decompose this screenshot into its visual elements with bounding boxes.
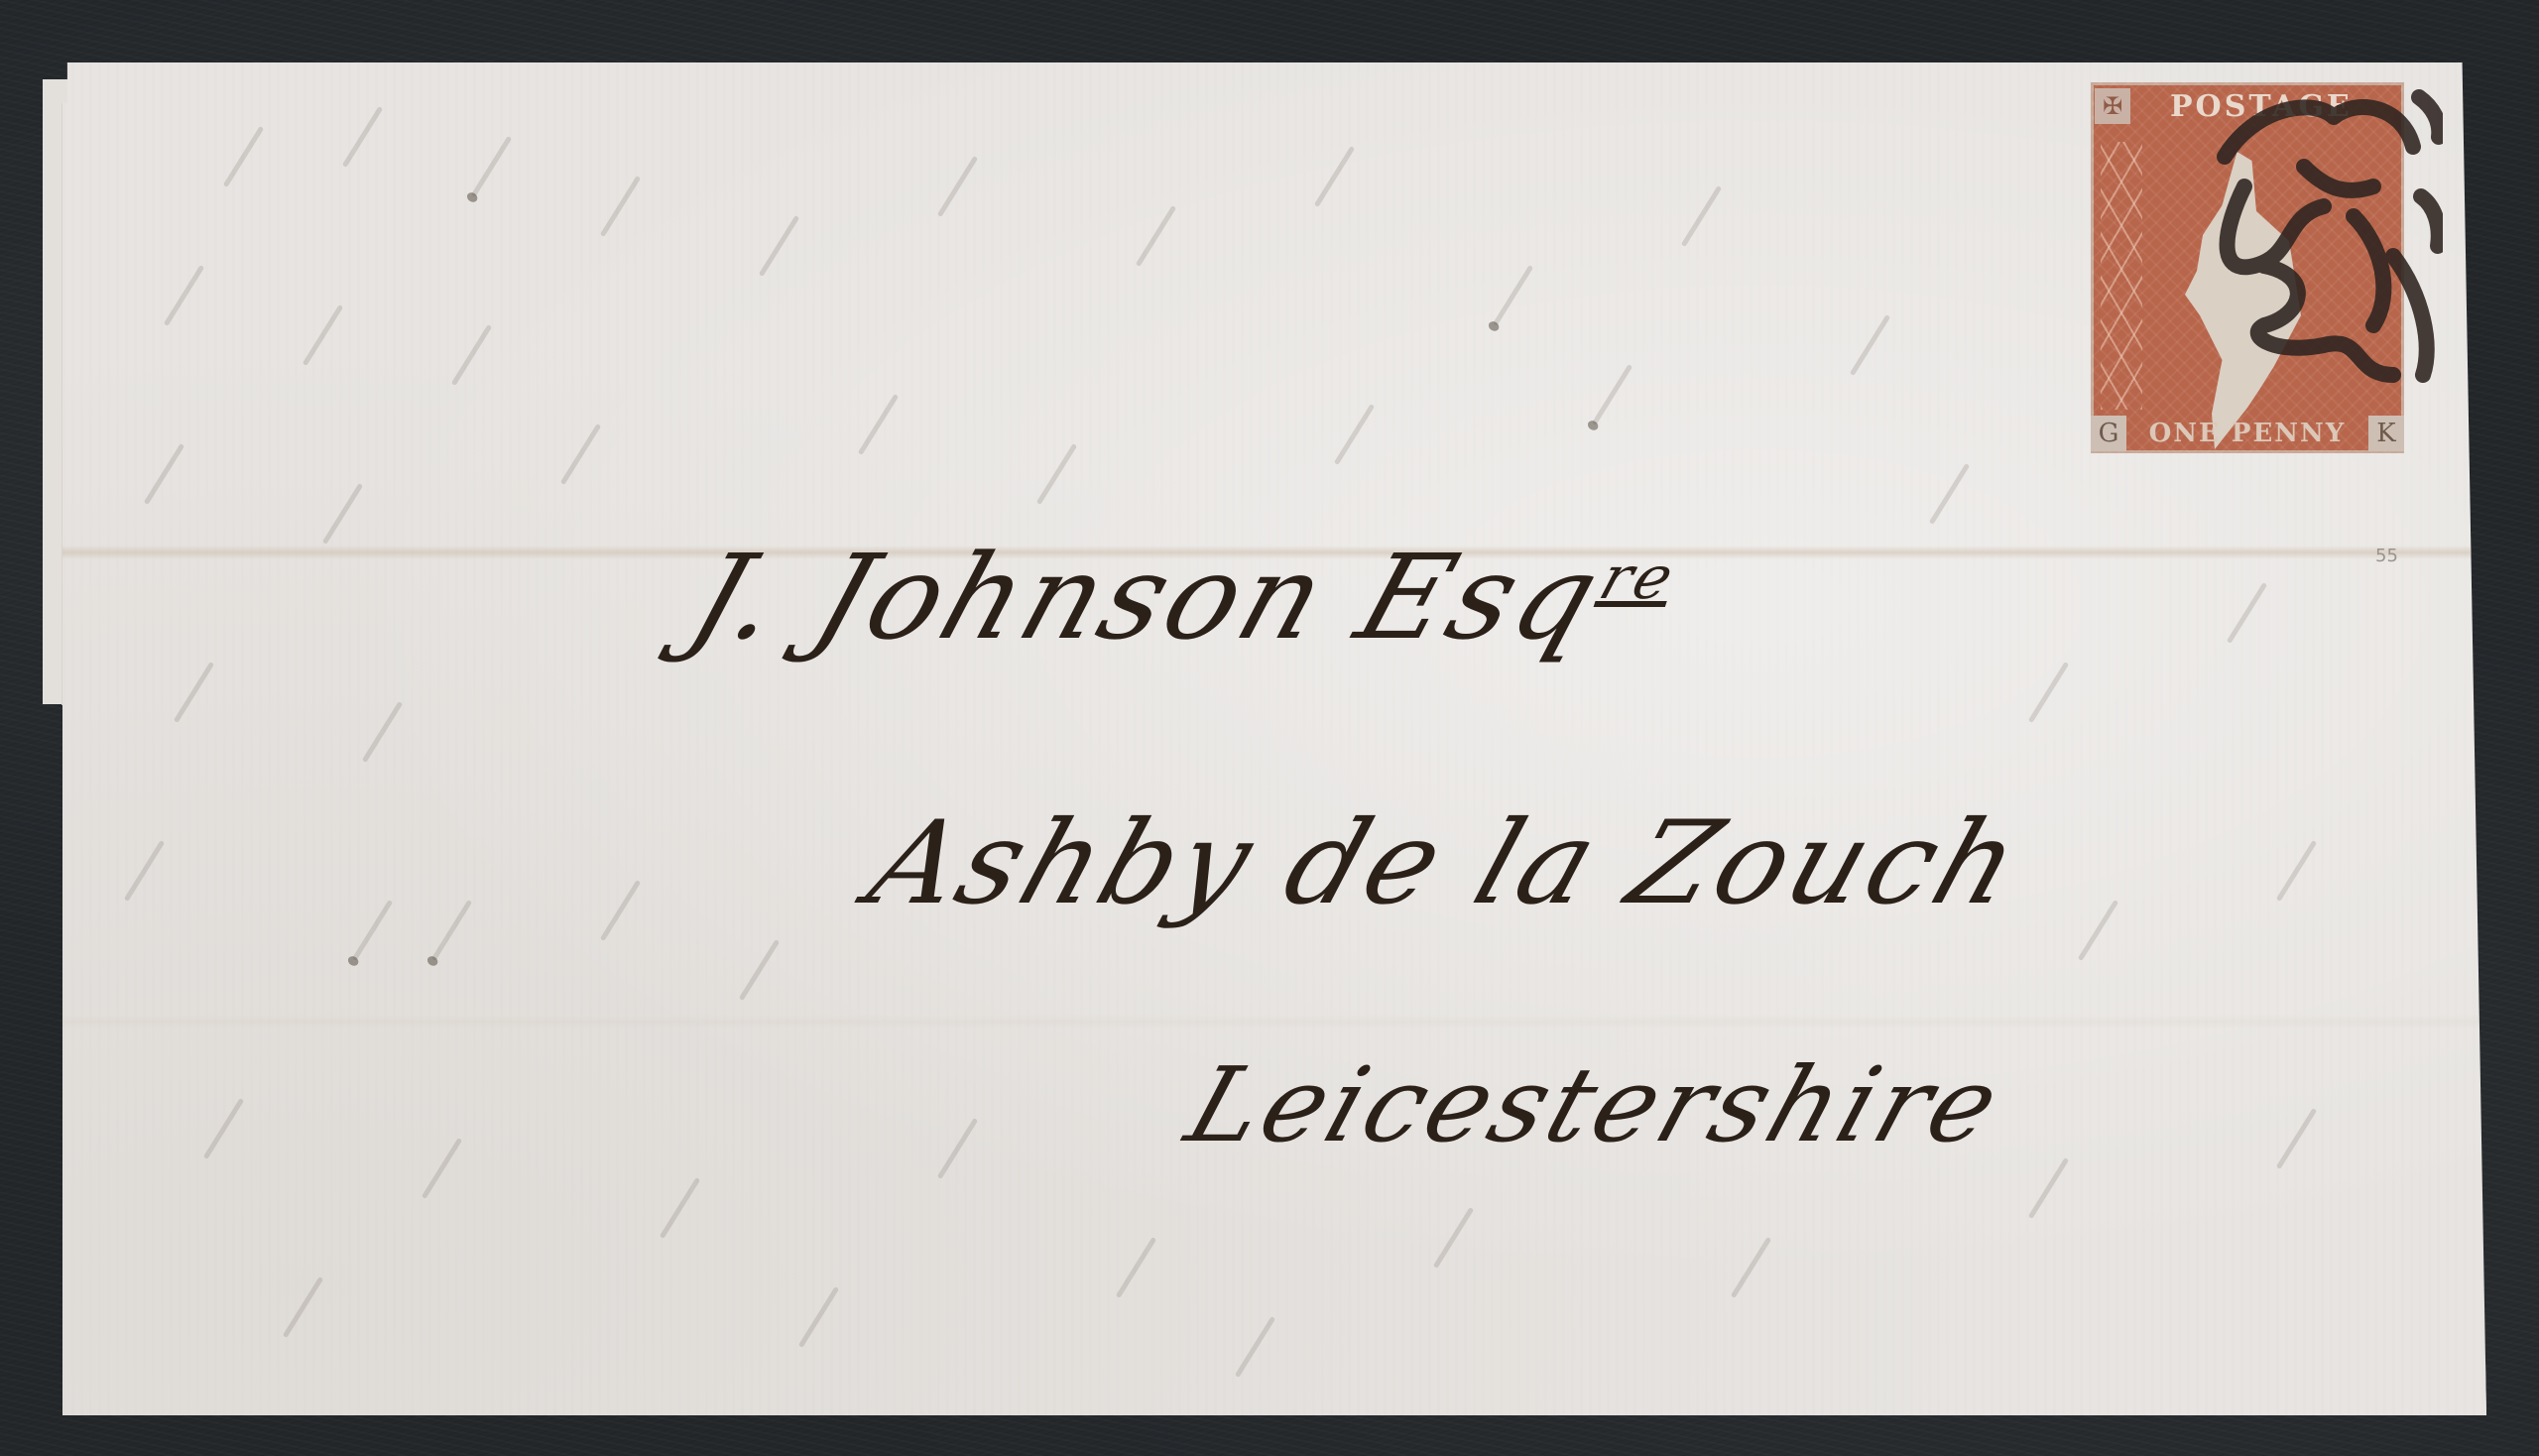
recipient-name: J. Johnson Esq xyxy=(675,529,1620,666)
stamp-bottom-row: G ONE PENNY K xyxy=(2091,414,2404,453)
address-county: Leicestershire xyxy=(1173,1044,2017,1165)
address-recipient: J. Johnson Esqre xyxy=(675,529,1691,666)
address-town: Ashby de la Zouch xyxy=(854,796,2038,930)
maltese-cross-corner-icon: ✠ xyxy=(2095,88,2130,124)
stamp-value-label: ONE PENNY xyxy=(2149,419,2347,448)
check-letter-left: G xyxy=(2091,416,2126,451)
postmark-cancel-icon xyxy=(2185,77,2443,405)
check-letter-right: K xyxy=(2368,416,2404,451)
letter-cover: J. Johnson Esqre Ashby de la Zouch Leice… xyxy=(62,62,2486,1415)
pencil-note: 55 xyxy=(2375,546,2398,566)
stamp-lattice-pattern xyxy=(2101,142,2142,410)
